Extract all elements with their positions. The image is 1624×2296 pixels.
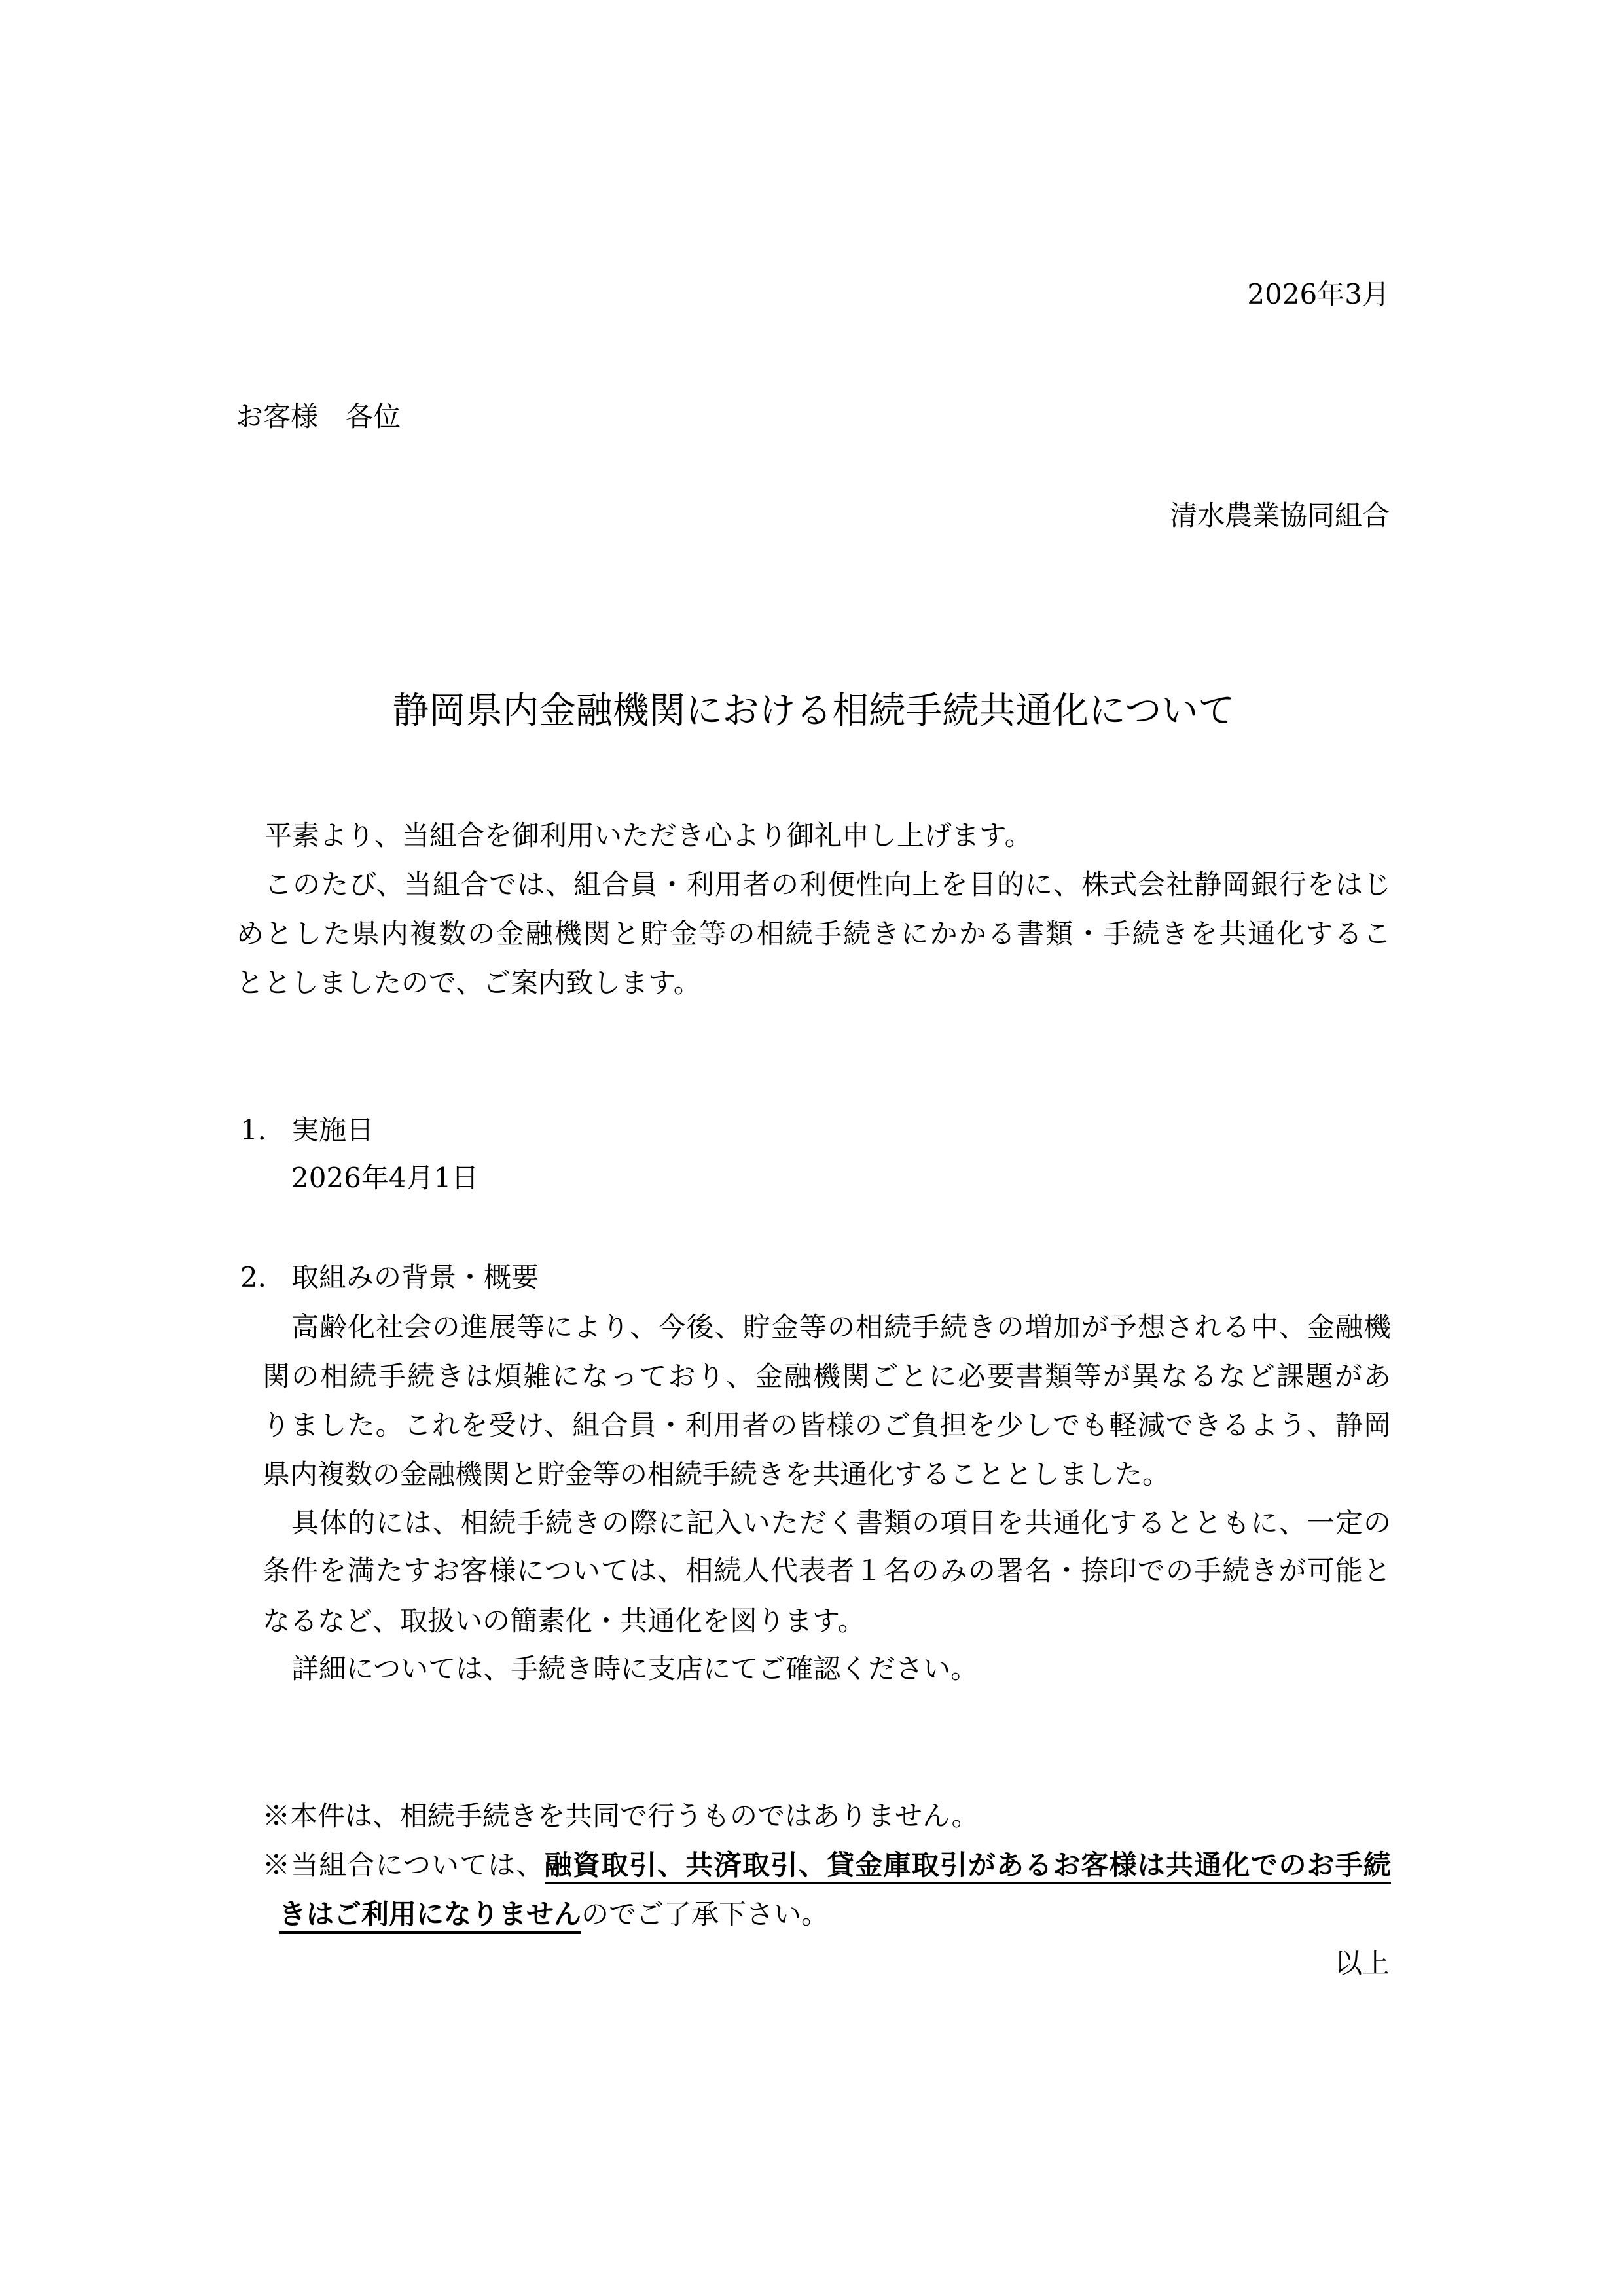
section-number: 1． <box>240 1112 285 1149</box>
section-number: 2． <box>240 1259 285 1296</box>
document-title: 静岡県内金融機関における相続手続共通化について <box>236 689 1391 734</box>
section-body-line: 具体的には、相続手続きの際に記入いただく書類の項目を共通化するとともに、一定の <box>291 1505 1391 1541</box>
section-body-line: なるなど、取扱いの簡素化・共通化を図ります。 <box>262 1603 865 1640</box>
note-exclusion-emphasis: 融資取引、共済取引、貸金庫取引があるお客様は共通化でのお手続 <box>545 1849 1391 1884</box>
section-body-line: 詳細については、手続き時に支店にてご確認ください。 <box>291 1651 978 1687</box>
note-exclusion-emphasis: きはご利用になりません <box>279 1898 581 1934</box>
note-exclusion-line-1: ※当組合については、融資取引、共済取引、貸金庫取引があるお客様は共通化でのお手続 <box>262 1847 1391 1884</box>
section-heading: 取組みの背景・概要 <box>291 1259 539 1296</box>
implementation-date: 2026年4月1日 <box>291 1160 478 1196</box>
issue-date: 2026年3月 <box>0 276 1390 313</box>
note-exclusion-prefix: ※当組合については、 <box>262 1849 545 1881</box>
note-exclusion-line-2: きはご利用になりませんのでご了承下さい。 <box>279 1896 829 1933</box>
closing-mark: 以上 <box>0 1945 1390 1982</box>
section-body-line: りました。これを受け、組合員・利用者の皆様のご負担を少しでも軽減できるよう、静岡 <box>262 1407 1391 1444</box>
section-body-line: 高齢化社会の進展等により、今後、貯金等の相続手続きの増加が予想される中、金融機 <box>291 1309 1391 1346</box>
intro-line: めとした県内複数の金融機関と貯金等の相続手続きにかかる書類・手続きを共通化するこ <box>236 916 1391 952</box>
section-body-line: 県内複数の金融機関と貯金等の相続手続きを共通化することとしました。 <box>262 1456 1170 1493</box>
section-body-line: 条件を満たすお客様については、相続人代表者１名のみの署名・捺印での手続きが可能と <box>262 1552 1391 1589</box>
sender-organization: 清水農業協同組合 <box>0 497 1390 534</box>
intro-line: ととしましたので、ご案内致します。 <box>236 965 701 1001</box>
intro-line: このたび、当組合では、組合員・利用者の利便性向上を目的に、株式会社静岡銀行をはじ <box>264 867 1391 903</box>
note-exclusion-suffix: のでご了承下さい。 <box>581 1898 829 1930</box>
section-body-line: 関の相続手続きは煩雑になっており、金融機関ごとに必要書類等が異なるなど課題があ <box>262 1358 1391 1395</box>
note-not-joint-procedure: ※本件は、相続手続きを共同で行うものではありません。 <box>262 1798 979 1835</box>
section-heading: 実施日 <box>291 1112 374 1149</box>
intro-line: 平素より、当組合を御利用いただき心より御礼申し上げます。 <box>264 817 1032 854</box>
addressee: お客様 各位 <box>236 399 401 435</box>
